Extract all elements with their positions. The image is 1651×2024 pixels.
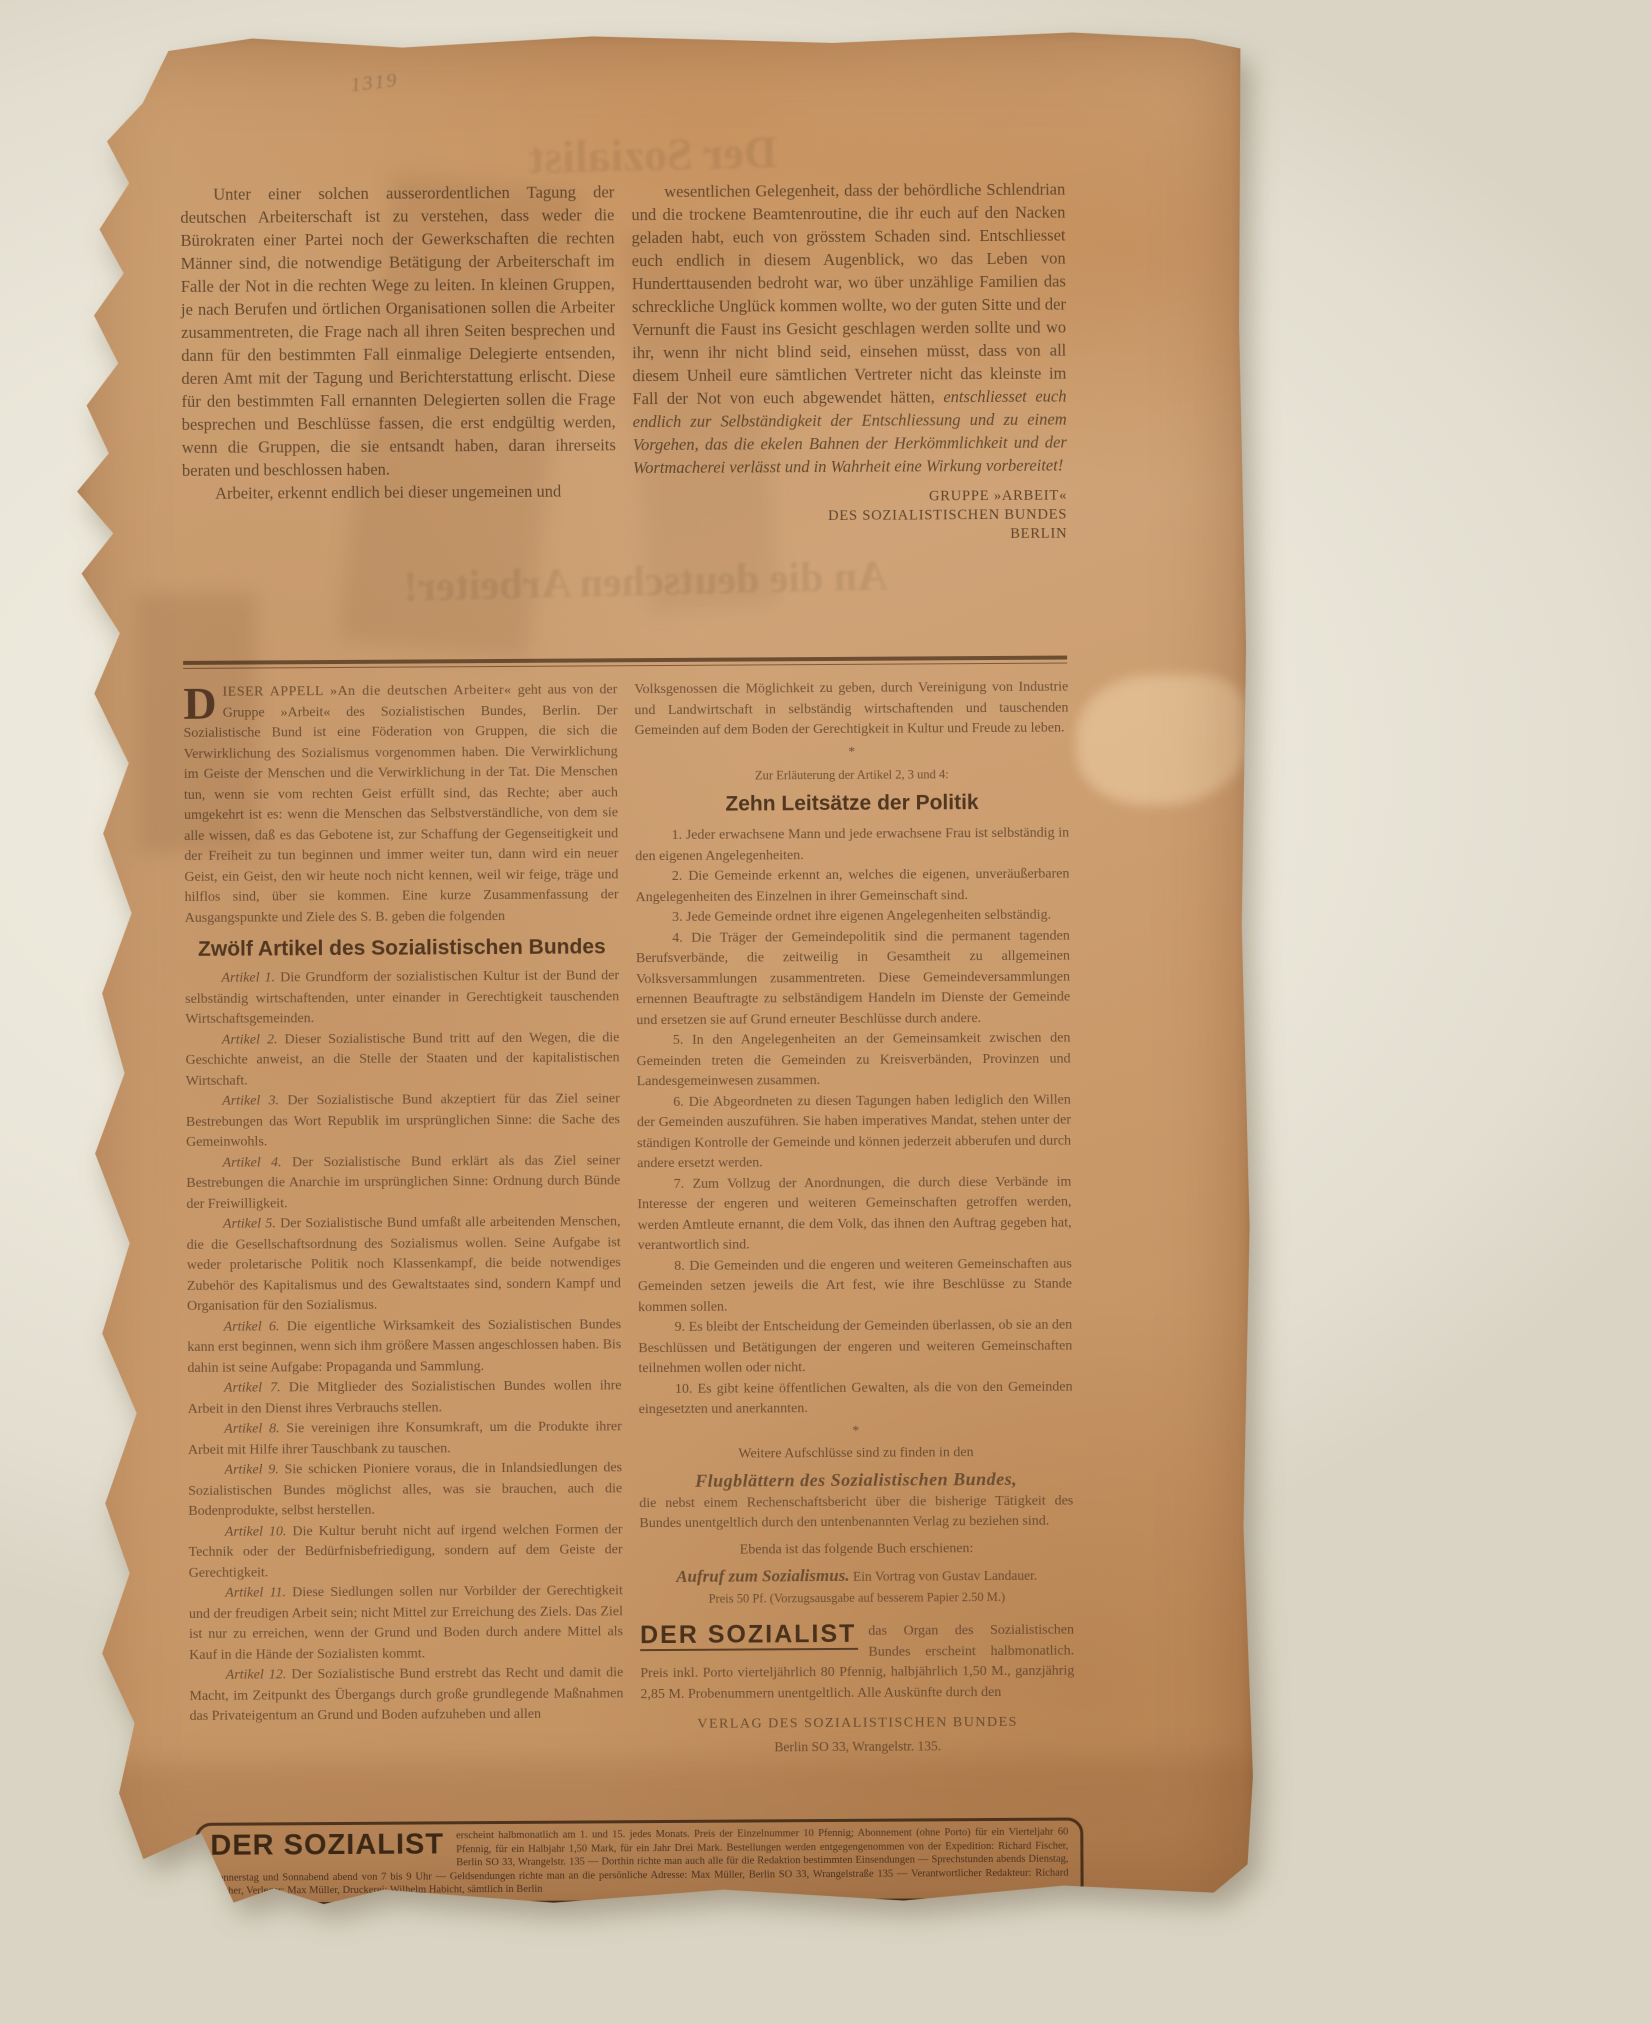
leitsatz-7: 7. Zum Vollzug der Anordnungen, die durc… <box>637 1172 1071 1257</box>
leitsaetze-heading: Zehn Leitsätze der Politik <box>635 790 1069 819</box>
bleed-through-masthead: Der Sozialist <box>372 121 933 187</box>
leitsatz-10: 10. Es gibt keine öffentlichen Gewalten,… <box>639 1377 1073 1421</box>
flugblaetter-text: die nebst einem Rechenschaftsbericht übe… <box>639 1491 1073 1535</box>
pencil-mark: 1319 <box>349 69 399 97</box>
lower-columns: D IESER APPELL »An die deutschen Arbeite… <box>183 678 1075 1761</box>
artikel-11: Artikel 11. Diese Siedlungen sollen nur … <box>189 1581 623 1666</box>
leitsatz-1: 1. Jeder erwachsene Mann und jede erwach… <box>635 824 1069 868</box>
sozialist-advert: DER SOZIALIST das Organ des Sozialistisc… <box>640 1621 1075 1759</box>
publisher-address: Berlin SO 33, Wrangelstr. 135. <box>641 1735 1075 1758</box>
intro-paragraph: D IESER APPELL »An die deutschen Arbeite… <box>183 680 618 929</box>
lower-right-column: Volksgenossen die Möglichkeit zu geben, … <box>634 678 1075 1759</box>
artikel-4: Artikel 4. Der Sozialistische Bund erklä… <box>186 1151 620 1215</box>
imprint-text-top: erscheint halbmonatlich am 1. und 15. je… <box>456 1827 1068 1855</box>
appeal-text-normal: wesentlichen Gelegenheit, dass der behör… <box>631 180 1066 409</box>
publisher-line: VERLAG DES SOZIALISTISCHEN BUNDES <box>641 1713 1075 1736</box>
bleed-through-title: An die deutschen Arbeiter! <box>205 548 1086 617</box>
book-advert: Aufruf zum Sozialismus. Ein Vortrag von … <box>640 1565 1074 1589</box>
book-subtitle: Ein Vortrag von Gustav Landauer. <box>853 1568 1037 1584</box>
erlaeuterung-note: Zur Erläuterung der Artikel 2, 3 und 4: <box>635 763 1069 786</box>
appeal-right-column: wesentlichen Gelegenheit, dass der behör… <box>631 178 1067 547</box>
asterisk-separator: * <box>639 1422 1073 1441</box>
appeal-left-column: Unter einer solchen ausserordentlichen T… <box>180 180 616 549</box>
leitsatz-2: 2. Die Gemeinde erkennt an, welches die … <box>635 865 1069 909</box>
artikel-7: Artikel 7. Die Mitglieder des Sozialisti… <box>188 1376 622 1420</box>
flugblaetter-title: Flugblättern des Sozialistischen Bundes, <box>639 1469 1073 1492</box>
book-price: Preis 50 Pf. (Vorzugsausgabe auf bessere… <box>640 1586 1074 1609</box>
appeal-columns: Unter einer solchen ausserordentlichen T… <box>180 178 1067 549</box>
book-title: Aufruf zum Sozialismus. <box>676 1566 850 1586</box>
photo-backdrop: Der Sozialist An die deutschen Arbeiter!… <box>0 0 1651 2024</box>
leitsatz-9: 9. Es bleibt der Entscheidung der Gemein… <box>638 1316 1072 1380</box>
drop-cap: D <box>183 683 222 723</box>
signature-line: DES SOZIALISTISCHEN BUNDES <box>633 506 1067 528</box>
imprint-masthead: DER SOZIALIST <box>210 1830 444 1859</box>
artikel-8: Artikel 8. Sie vereinigen ihre Konsumkra… <box>188 1417 622 1461</box>
intro-text: geht aus von der Gruppe »Arbeit« des Soz… <box>184 682 619 925</box>
intro-lead: IESER APPELL »An die deutschen Arbeiter« <box>222 683 511 700</box>
artikel-6: Artikel 6. Die eigentliche Wirksamkeit d… <box>187 1315 621 1379</box>
paper-sheet: Der Sozialist An die deutschen Arbeiter!… <box>72 26 1255 1909</box>
artikel-12-continuation: Volksgenossen die Möglichkeit zu geben, … <box>634 678 1068 742</box>
newspaper-page: Der Sozialist An die deutschen Arbeiter!… <box>72 26 1255 1909</box>
asterisk-separator: * <box>635 743 1069 762</box>
appeal-paragraph: Unter einer solchen ausserordentlichen T… <box>180 180 616 482</box>
appeal-paragraph: wesentlichen Gelegenheit, dass der behör… <box>631 178 1067 480</box>
ebenda-note: Ebenda ist das folgende Buch erschienen: <box>639 1538 1073 1561</box>
appeal-paragraph: Arbeiter, erkennt endlich bei dieser ung… <box>182 479 616 505</box>
artikel-3: Artikel 3. Der Sozialistische Bund akzep… <box>186 1089 620 1153</box>
signature-line: BERLIN <box>633 525 1067 547</box>
imprint-box: DER SOZIALIST erscheint halbmonatlich am… <box>195 1817 1083 1905</box>
artikel-12: Artikel 12. Der Sozialistische Bund erst… <box>189 1663 623 1727</box>
artikel-1: Artikel 1. Die Grundform der sozialistis… <box>185 966 619 1030</box>
leitsatz-4: 4. Die Träger der Gemeindepolitik sind d… <box>636 926 1071 1031</box>
artikel-5: Artikel 5. Der Sozialistische Bund umfaß… <box>186 1212 621 1317</box>
weitere-note: Weitere Aufschlüsse sind zu finden in de… <box>639 1442 1073 1465</box>
torn-patch <box>1076 674 1249 805</box>
articles-heading: Zwölf Artikel des Sozialistischen Bundes <box>185 934 619 963</box>
sozialist-masthead: DER SOZIALIST <box>640 1624 858 1651</box>
leitsatz-3: 3. Jede Gemeinde ordnet ihre eigenen Ang… <box>636 906 1070 929</box>
leitsatz-6: 6. Die Abgeordneten zu diesen Tagungen h… <box>637 1090 1071 1175</box>
leitsatz-5: 5. In den Angelegenheiten an der Gemeins… <box>636 1029 1070 1093</box>
artikel-2: Artikel 2. Dieser Sozialistische Bund tr… <box>185 1028 619 1092</box>
artikel-10: Artikel 10. Die Kultur beruht nicht auf … <box>188 1520 622 1584</box>
lower-left-column: D IESER APPELL »An die deutschen Arbeite… <box>183 680 624 1761</box>
signature-block: GRUPPE »ARBEIT« DES SOZIALISTISCHEN BUND… <box>633 487 1067 547</box>
leitsatz-8: 8. Die Gemeinden und die engeren und wei… <box>638 1254 1072 1318</box>
artikel-9: Artikel 9. Sie schicken Pioniere voraus,… <box>188 1458 622 1522</box>
section-divider-rule <box>183 656 1067 669</box>
